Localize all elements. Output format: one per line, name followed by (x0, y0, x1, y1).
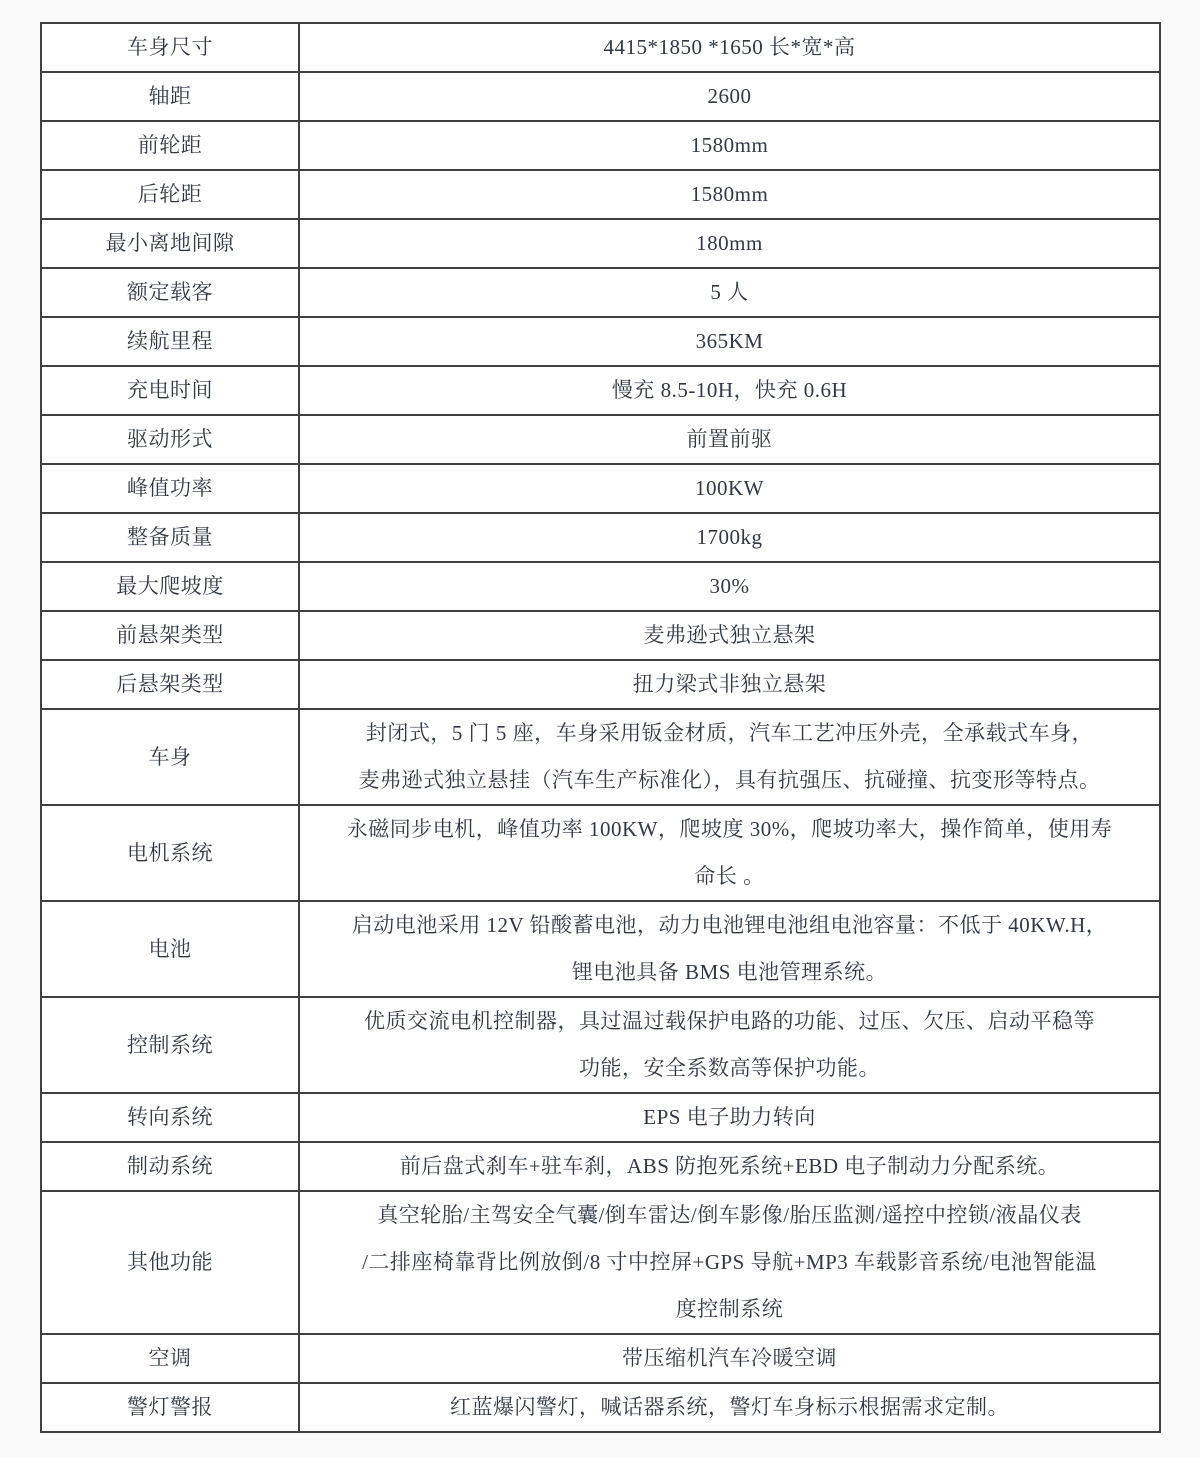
spec-label: 电机系统 (41, 805, 299, 901)
spec-value: 真空轮胎/主驾安全气囊/倒车雷达/倒车影像/胎压监测/遥控中控锁/液晶仪表 /二… (299, 1191, 1160, 1334)
spec-label: 后悬架类型 (41, 660, 299, 709)
spec-label: 控制系统 (41, 997, 299, 1093)
vehicle-spec-table: 车身尺寸4415*1850 *1650 长*宽*高轴距2600前轮距1580mm… (40, 22, 1161, 1433)
spec-label: 额定载客 (41, 268, 299, 317)
spec-value: 1700kg (299, 513, 1160, 562)
table-row: 车身尺寸4415*1850 *1650 长*宽*高 (41, 23, 1160, 72)
spec-value: 永磁同步电机，峰值功率 100KW，爬坡度 30%，爬坡功率大，操作简单，使用寿… (299, 805, 1160, 901)
spec-label: 转向系统 (41, 1093, 299, 1142)
spec-value: 启动电池采用 12V 铅酸蓄电池，动力电池锂电池组电池容量：不低于 40KW.H… (299, 901, 1160, 997)
table-row: 充电时间慢充 8.5-10H，快充 0.6H (41, 366, 1160, 415)
table-row: 电机系统永磁同步电机，峰值功率 100KW，爬坡度 30%，爬坡功率大，操作简单… (41, 805, 1160, 901)
table-row: 整备质量1700kg (41, 513, 1160, 562)
table-row: 转向系统EPS 电子助力转向 (41, 1093, 1160, 1142)
table-row: 续航里程365KM (41, 317, 1160, 366)
spec-value: 100KW (299, 464, 1160, 513)
spec-label: 电池 (41, 901, 299, 997)
table-row: 额定载客5 人 (41, 268, 1160, 317)
table-row: 制动系统前后盘式刹车+驻车刹，ABS 防抱死系统+EBD 电子制动力分配系统。 (41, 1142, 1160, 1191)
spec-label: 轴距 (41, 72, 299, 121)
spec-value: 365KM (299, 317, 1160, 366)
spec-label: 车身尺寸 (41, 23, 299, 72)
table-row: 后轮距1580mm (41, 170, 1160, 219)
spec-value: 优质交流电机控制器，具过温过载保护电路的功能、过压、欠压、启动平稳等 功能，安全… (299, 997, 1160, 1093)
spec-label: 车身 (41, 709, 299, 805)
vehicle-spec-sheet: 车身尺寸4415*1850 *1650 长*宽*高轴距2600前轮距1580mm… (0, 0, 1200, 1457)
spec-label: 驱动形式 (41, 415, 299, 464)
spec-label: 警灯警报 (41, 1383, 299, 1432)
spec-value: 2600 (299, 72, 1160, 121)
spec-label: 充电时间 (41, 366, 299, 415)
table-row: 空调带压缩机汽车冷暖空调 (41, 1334, 1160, 1383)
table-row: 警灯警报红蓝爆闪警灯，喊话器系统，警灯车身标示根据需求定制。 (41, 1383, 1160, 1432)
spec-value: 带压缩机汽车冷暖空调 (299, 1334, 1160, 1383)
spec-value: 封闭式，5 门 5 座，车身采用钣金材质，汽车工艺冲压外壳，全承载式车身， 麦弗… (299, 709, 1160, 805)
spec-label: 续航里程 (41, 317, 299, 366)
table-row: 前轮距1580mm (41, 121, 1160, 170)
spec-label: 空调 (41, 1334, 299, 1383)
table-row: 后悬架类型扭力梁式非独立悬架 (41, 660, 1160, 709)
spec-value: 1580mm (299, 121, 1160, 170)
table-row: 最小离地间隙180mm (41, 219, 1160, 268)
spec-value: 扭力梁式非独立悬架 (299, 660, 1160, 709)
spec-label: 后轮距 (41, 170, 299, 219)
spec-label: 最小离地间隙 (41, 219, 299, 268)
spec-value: 5 人 (299, 268, 1160, 317)
spec-table-body: 车身尺寸4415*1850 *1650 长*宽*高轴距2600前轮距1580mm… (41, 23, 1160, 1432)
table-row: 控制系统优质交流电机控制器，具过温过载保护电路的功能、过压、欠压、启动平稳等 功… (41, 997, 1160, 1093)
spec-label: 前悬架类型 (41, 611, 299, 660)
spec-label: 其他功能 (41, 1191, 299, 1334)
spec-value: 180mm (299, 219, 1160, 268)
spec-value: 麦弗逊式独立悬架 (299, 611, 1160, 660)
table-row: 最大爬坡度30% (41, 562, 1160, 611)
spec-value: 前置前驱 (299, 415, 1160, 464)
table-row: 峰值功率100KW (41, 464, 1160, 513)
spec-label: 制动系统 (41, 1142, 299, 1191)
table-row: 轴距2600 (41, 72, 1160, 121)
spec-value: 4415*1850 *1650 长*宽*高 (299, 23, 1160, 72)
spec-value: 1580mm (299, 170, 1160, 219)
spec-value: EPS 电子助力转向 (299, 1093, 1160, 1142)
spec-label: 峰值功率 (41, 464, 299, 513)
table-row: 车身封闭式，5 门 5 座，车身采用钣金材质，汽车工艺冲压外壳，全承载式车身， … (41, 709, 1160, 805)
spec-value: 红蓝爆闪警灯，喊话器系统，警灯车身标示根据需求定制。 (299, 1383, 1160, 1432)
spec-value: 30% (299, 562, 1160, 611)
spec-value: 前后盘式刹车+驻车刹，ABS 防抱死系统+EBD 电子制动力分配系统。 (299, 1142, 1160, 1191)
spec-label: 整备质量 (41, 513, 299, 562)
table-row: 电池启动电池采用 12V 铅酸蓄电池，动力电池锂电池组电池容量：不低于 40KW… (41, 901, 1160, 997)
spec-label: 前轮距 (41, 121, 299, 170)
spec-label: 最大爬坡度 (41, 562, 299, 611)
table-row: 前悬架类型麦弗逊式独立悬架 (41, 611, 1160, 660)
table-row: 其他功能真空轮胎/主驾安全气囊/倒车雷达/倒车影像/胎压监测/遥控中控锁/液晶仪… (41, 1191, 1160, 1334)
spec-value: 慢充 8.5-10H，快充 0.6H (299, 366, 1160, 415)
table-row: 驱动形式前置前驱 (41, 415, 1160, 464)
